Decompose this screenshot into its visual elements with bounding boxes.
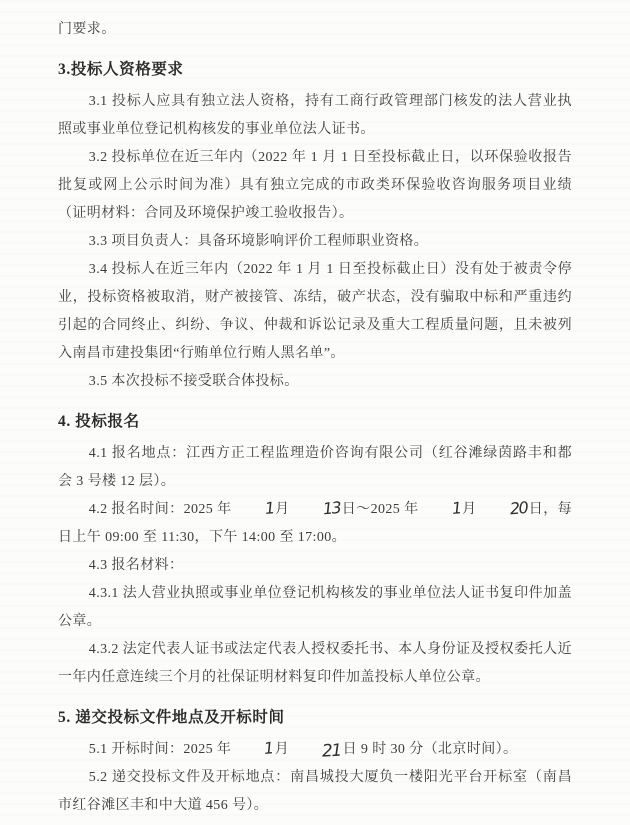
section-5-heading: 5. 递交投标文件地点及开标时间: [58, 706, 572, 730]
handwritten-registration-end-month: 1: [420, 502, 460, 517]
clause-4-3: 4.3 报名材料：: [58, 552, 572, 580]
clause-3-4: 3.4 投标人在近三年内（2022 年 1 月 1 日至投标截止日）没有处于被责…: [58, 256, 572, 368]
clause-5-2: 5.2 递交投标文件及开标地点：南昌城投大厦负一楼阳光平台开标室（南昌市红谷滩区…: [58, 764, 572, 820]
clause-3-3: 3.3 项目负责人：具备环境影响评价工程师职业资格。: [58, 228, 572, 256]
clause-4-2-printed-1: 4.2 报名时间：2025 年: [89, 502, 232, 517]
clause-4-1: 4.1 报名地点：江西方正工程监理造价咨询有限公司（红谷滩绿茵路丰和都会 3 号…: [58, 440, 572, 496]
clause-4-3-2: 4.3.2 法定代表人证书或法定代表人授权委托书、本人身份证及授权委托人近一年内…: [58, 636, 572, 692]
handwritten-opening-day: 21: [291, 745, 341, 760]
clause-4-2-printed-3: 日～2025 年: [342, 502, 419, 517]
handwritten-opening-month: 1: [233, 742, 273, 757]
clause-3-5: 3.5 本次投标不接受联合体投标。: [58, 368, 572, 396]
handwritten-registration-start-day: 13: [291, 502, 340, 518]
continuation-text: 门要求。: [58, 16, 572, 44]
clause-5-1-printed-1: 5.1 开标时间：2025 年: [89, 742, 232, 757]
clause-4-2-printed-2: 月: [275, 502, 289, 517]
clause-3-2: 3.2 投标单位在近三年内（2022 年 1 月 1 日至投标截止日，以环保验收…: [58, 144, 572, 228]
section-4-heading: 4. 投标报名: [58, 410, 572, 434]
clause-4-2-printed-4: 月: [462, 502, 476, 517]
clause-5-1-printed-2: 月: [275, 742, 289, 757]
clause-4-3-1: 4.3.1 法人营业执照或事业单位登记机构核发的事业单位法人证书复印件加盖公章。: [58, 580, 572, 636]
document-page: 门要求。 3.投标人资格要求 3.1 投标人应具有独立法人资格，持有工商行政管理…: [0, 0, 630, 825]
clause-5-1: 5.1 开标时间：2025 年1月21日 9 时 30 分（北京时间）。: [58, 736, 572, 764]
clause-3-1: 3.1 投标人应具有独立法人资格，持有工商行政管理部门核发的法人营业执照或事业单…: [58, 88, 572, 144]
section-3-heading: 3.投标人资格要求: [58, 58, 572, 82]
clause-5-1-printed-3: 日 9 时 30 分（北京时间）。: [343, 742, 518, 757]
handwritten-registration-start-month: 1: [233, 502, 273, 517]
clause-4-2: 4.2 报名时间：2025 年1月13日～2025 年1月20日，每日上午 09…: [58, 496, 572, 552]
handwritten-registration-end-day: 20: [478, 502, 527, 518]
